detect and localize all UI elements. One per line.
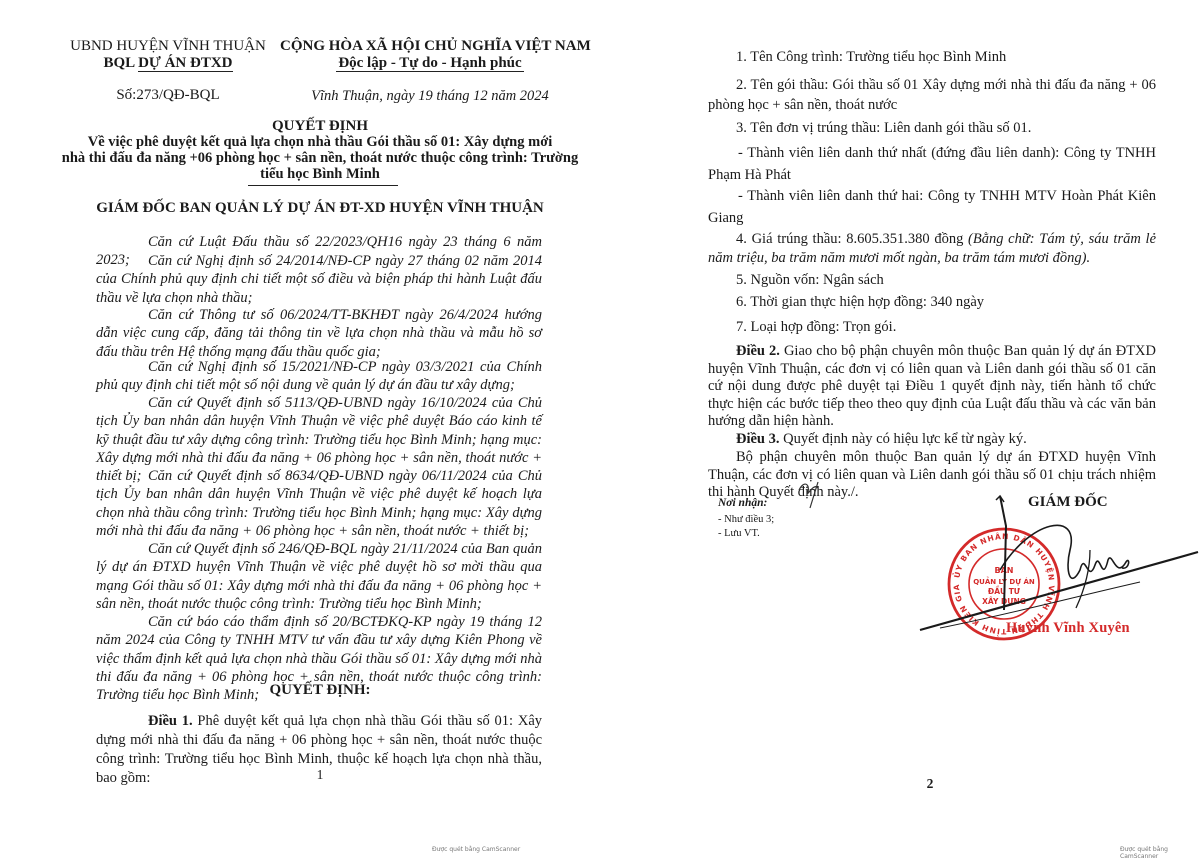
recipients-list: - Như điều 3; - Lưu VT. — [718, 513, 774, 541]
document-number: Số:273/QĐ-BQL — [68, 87, 268, 104]
legal-basis-7: Căn cứ Quyết định số 246/QĐ-BQL ngày 21/… — [96, 540, 542, 613]
place-and-date: Vĩnh Thuận, ngày 19 tháng 12 năm 2024 — [280, 88, 580, 105]
item-winning-price: 4. Giá trúng thầu: 8.605.351.380 đồng (B… — [708, 230, 1156, 268]
page-number-1: 1 — [300, 767, 340, 783]
item-package-name: 2. Tên gói thầu: Gói thầu số 01 Xây dựng… — [708, 75, 1156, 115]
signature-icon — [880, 490, 1200, 640]
legal-basis-3: Căn cứ Thông tư số 06/2024/TT-BKHĐT ngày… — [96, 306, 542, 361]
document-page-1: UBND HUYỆN VĨNH THUẬN BQL DỰ ÁN ĐTXD Số:… — [0, 0, 600, 858]
article-2: Điều 2. Giao cho bộ phận chuyên môn thuộ… — [708, 343, 1156, 431]
page-number-2: 2 — [910, 776, 950, 792]
national-motto: Độc lập - Tự do - Hạnh phúc — [280, 55, 580, 72]
document-page-2: 1. Tên Công trình: Trường tiểu học Bình … — [600, 0, 1200, 858]
scanner-watermark-2: Được quét bằng CamScanner — [1120, 846, 1200, 858]
national-title: CỘNG HÒA XÃ HỘI CHỦ NGHĨA VIỆT NAM — [280, 38, 580, 55]
legal-basis-6: Căn cứ Quyết định số 8634/QĐ-UBND ngày 0… — [96, 467, 542, 540]
decision-heading: QUYẾT ĐỊNH: — [60, 682, 580, 699]
item-winning-bidder: 3. Tên đơn vị trúng thầu: Liên danh gói … — [736, 119, 1156, 137]
scanner-watermark-1: Được quét bằng CamScanner — [432, 846, 520, 853]
legal-basis-4: Căn cứ Nghị định số 15/2021/NĐ-CP ngày 0… — [96, 358, 542, 395]
item-contract-duration: 6. Thời gian thực hiện hợp đồng: 340 ngà… — [736, 293, 1156, 311]
item-consortium-member-2: - Thành viên liên danh thứ hai: Công ty … — [708, 185, 1156, 229]
initial-mark-icon — [796, 478, 826, 510]
recipients-title: Nơi nhận: — [718, 497, 767, 509]
item-funding-source: 5. Nguồn vốn: Ngân sách — [736, 271, 1156, 289]
article-3: Điều 3. Quyết định này có hiệu lực kể từ… — [708, 430, 1156, 448]
item-contract-type: 7. Loại hợp đồng: Trọn gói. — [736, 318, 1156, 336]
issuing-authority: UBND HUYỆN VĨNH THUẬN — [68, 38, 268, 55]
document-type: QUYẾT ĐỊNH — [60, 118, 580, 135]
authority-heading: GIÁM ĐỐC BAN QUẢN LÝ DỰ ÁN ĐT-XD HUYỆN V… — [60, 200, 580, 217]
item-project-name: 1. Tên Công trình: Trường tiểu học Bình … — [736, 48, 1156, 66]
subject-divider — [248, 185, 398, 186]
item-consortium-member-1: - Thành viên liên danh thứ nhất (đứng đầ… — [708, 142, 1156, 186]
document-subject: Về việc phê duyệt kết quả lựa chọn nhà t… — [60, 134, 580, 182]
issuing-unit: BQL DỰ ÁN ĐTXD — [68, 55, 268, 72]
legal-basis-2: Căn cứ Nghị định số 24/2014/NĐ-CP ngày 2… — [96, 252, 542, 307]
